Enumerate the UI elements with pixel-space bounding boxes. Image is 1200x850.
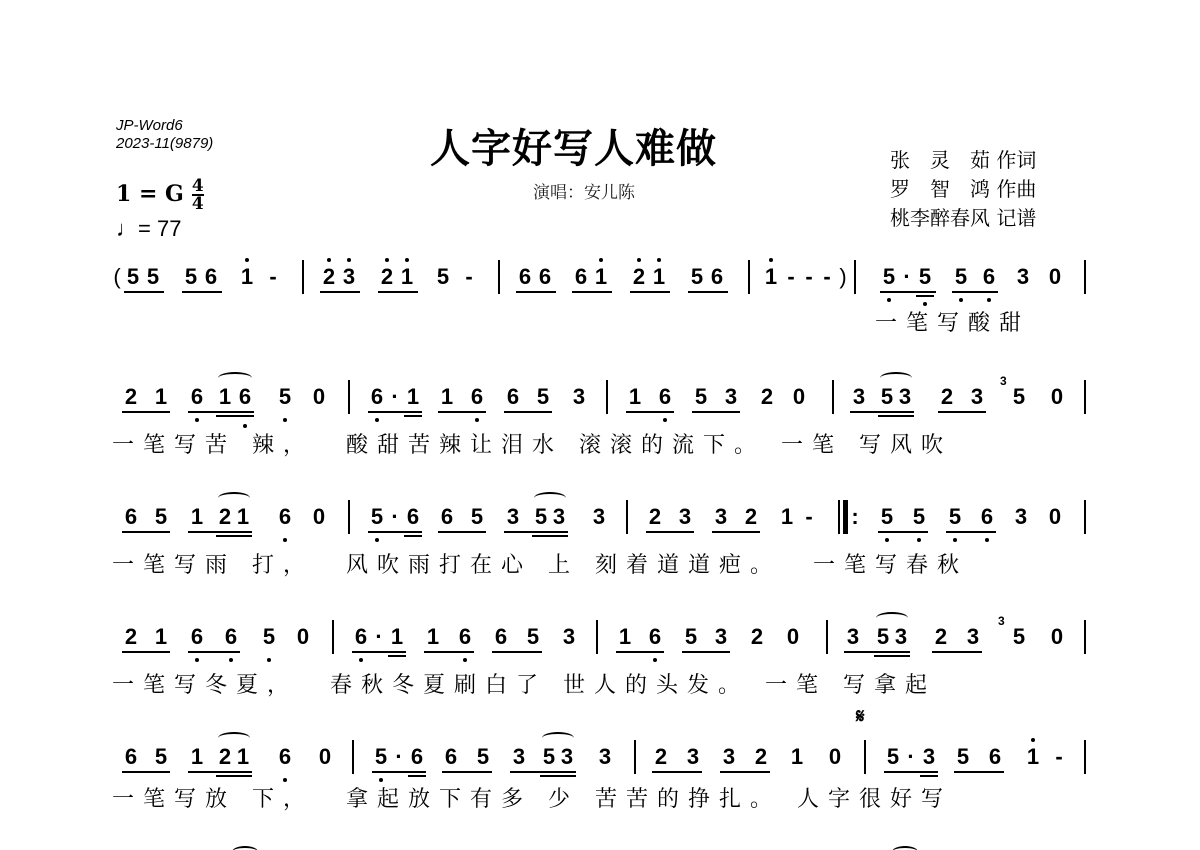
key-label: 1 = G (116, 181, 184, 207)
slur-mark (232, 846, 258, 850)
segno-icon: 𝄋 (856, 706, 865, 729)
lyrics-line-4: 一笔写冬夏， 春秋冬夏刷白了 世人的头发。 一笔 写拿起 (112, 668, 936, 699)
lyrics-line-3: 一笔写雨 打， 风吹雨打在心 上 刻着道道疤。 一笔写春秋 (112, 548, 968, 579)
quarter-note-icon: ♩ (116, 216, 138, 241)
credits: 张 灵 茹 作词罗 智 鸿 作曲桃李醉春风 记谱 (890, 146, 1036, 233)
score-line-4: 21 66 50 6·1 16 65 3 16 53 20 353 23 3 5… (112, 618, 1092, 658)
slur-mark (892, 846, 918, 850)
transcriber-credit: 桃李醉春风 记谱 (890, 204, 1036, 233)
score-line-1: ( 55 56 1- 23 21 5- 66 61 21 56 1---) 5·… (112, 258, 1092, 298)
key-signature: 1 = G44 (116, 178, 204, 212)
time-sig-top: 4 (192, 178, 204, 194)
lyrics-line-2: 一笔写苦 辣， 酸甜苦辣让泪水 滚滚的流下。 一笔 写风吹 (112, 428, 952, 459)
song-title: 人字好写人难做 (430, 117, 717, 174)
grace-note: 3 (1000, 374, 1007, 388)
lyrics-line-1: 一笔写酸甜 (875, 306, 1030, 337)
lyricist-credit: 张 灵 茹 作词 (890, 146, 1036, 175)
singer-label: 演唱：安儿陈 (533, 178, 635, 203)
tempo-label: = 77 (138, 216, 181, 241)
score-line-2: 21 616 50 6·1 16 65 3 16 53 20 353 23 3 … (112, 378, 1092, 418)
version-label: 2023-11(9879) (116, 135, 213, 153)
time-signature: 44 (192, 178, 204, 212)
score-line-5: 65 121 60 5·6 65 353 3 23 32 10 5·3 56 1… (112, 738, 1092, 778)
composer-credit: 罗 智 鸿 作曲 (890, 175, 1036, 204)
score-line-3: 65 121 60 5·6 65 353 3 23 32 1- : 55 56 … (112, 498, 1092, 538)
software-label: JP-Word6 (116, 117, 183, 135)
tempo-marking: ♩= 77 (116, 216, 181, 242)
grace-note: 3 (998, 614, 1005, 628)
time-sig-bottom: 4 (192, 194, 204, 212)
lyrics-line-5: 一笔写放 下， 拿起放下有多 少 苦苦的挣扎。 人字很好写 (112, 782, 952, 813)
